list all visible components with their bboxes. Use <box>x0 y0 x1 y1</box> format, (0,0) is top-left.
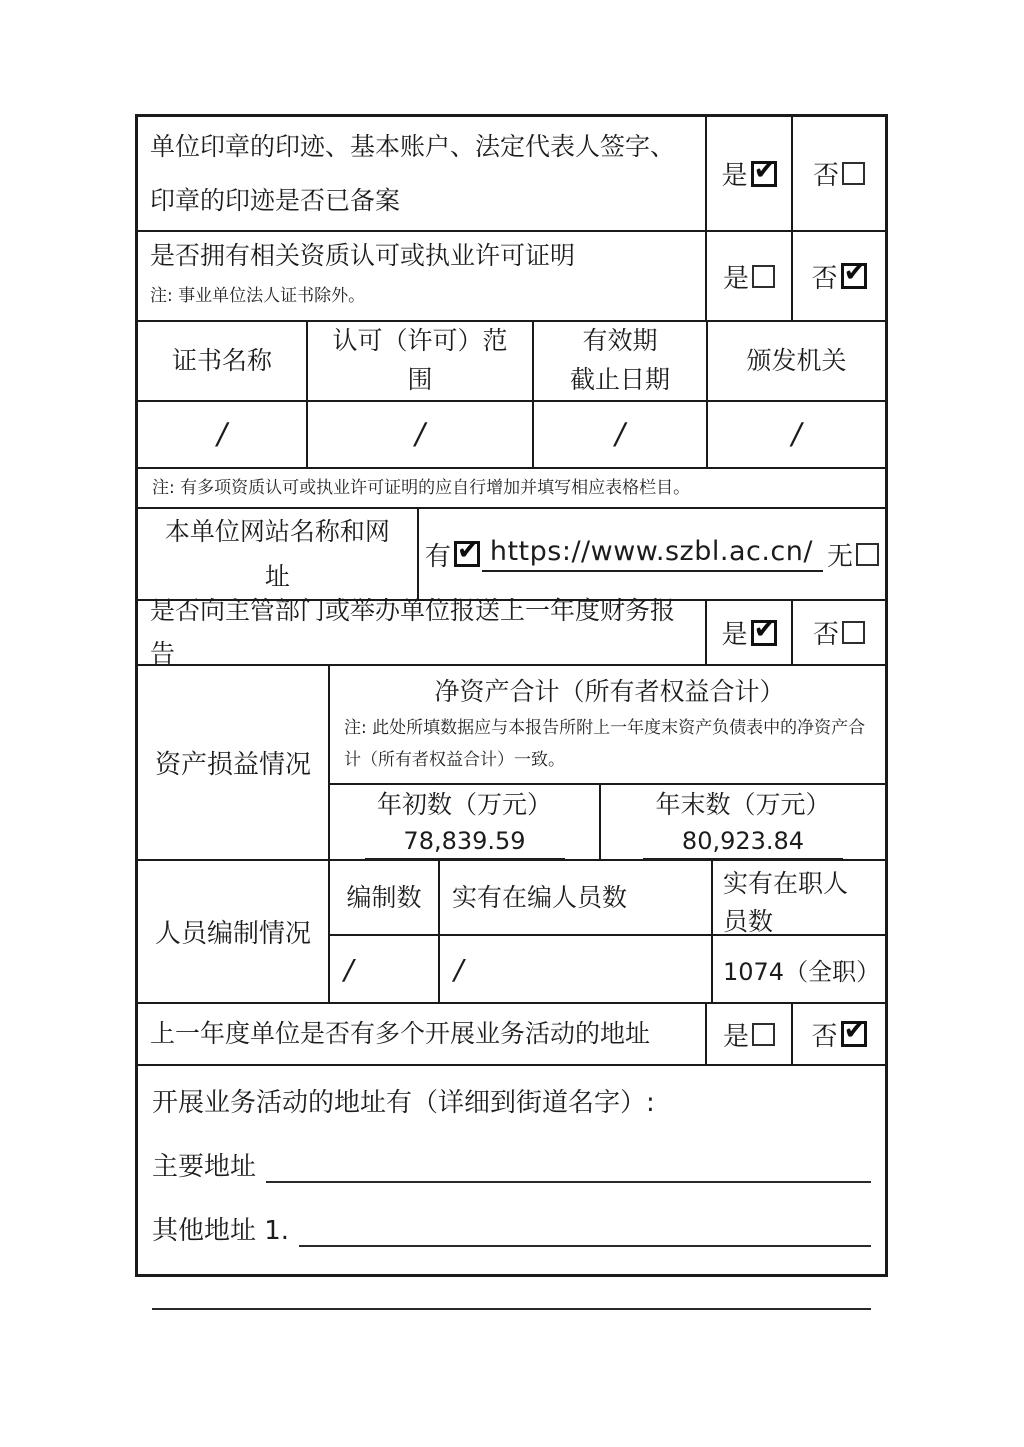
assets-top: 净资产合计（所有者权益合计） 注: 此处所填数据应与本报告所附上一年度末资产负债… <box>330 666 885 785</box>
no-label: 否 <box>811 258 837 295</box>
assets-values: 年初数（万元） 78,839.59 年末数（万元） 80,923.84 <box>330 785 885 860</box>
staffing-header-employed: 实有在职人 员数 <box>713 861 885 934</box>
yes-label: 是 <box>721 155 747 192</box>
scanned-form-page: 单位印章的印迹、基本账户、法定代表人签字、印章的印迹是否已备案 是 否 是否拥有… <box>0 0 1024 1447</box>
multi-address-yes-checkbox[interactable] <box>752 1023 775 1046</box>
finance-report-yes-cell: 是 <box>707 601 793 664</box>
other-address-label: 其他地址 1. <box>152 1210 299 1247</box>
cert-header-issuer: 颁发机关 <box>708 322 885 400</box>
yes-label: 是 <box>723 258 749 295</box>
finance-report-no-checkbox[interactable] <box>842 621 865 644</box>
license-yes-checkbox[interactable] <box>752 265 775 288</box>
assets-start-value[interactable]: 78,839.59 <box>365 827 565 860</box>
row-seal-filing: 单位印章的印迹、基本账户、法定代表人签字、印章的印迹是否已备案 是 否 <box>138 117 885 230</box>
website-value-cell: 有 https://www.szbl.ac.cn/ 无 <box>419 509 885 599</box>
multi-address-no-checkbox-checked[interactable] <box>841 1021 867 1047</box>
finance-report-question: 是否向主管部门或举办单位报送上一年度财务报告 <box>138 601 707 664</box>
yes-label: 是 <box>721 614 747 651</box>
row-multi-address: 上一年度单位是否有多个开展业务活动的地址 是 否 <box>138 1002 885 1064</box>
no-label: 否 <box>813 614 839 651</box>
multi-address-question: 上一年度单位是否有多个开展业务活动的地址 <box>138 1004 707 1064</box>
seal-filing-no-checkbox[interactable] <box>842 162 865 185</box>
license-yes-cell: 是 <box>707 232 793 320</box>
addresses-cell: 开展业务活动的地址有（详细到街道名字）: 主要地址 其他地址 1. <box>138 1066 885 1274</box>
row-certificate-headers: 证书名称 认可（许可）范 围 有效期 截止日期 颁发机关 <box>138 320 885 400</box>
website-none-checkbox[interactable] <box>856 543 879 566</box>
row-license-proof: 是否拥有相关资质认可或执业许可证明 注: 事业单位法人证书除外。 是 否 <box>138 230 885 320</box>
assets-start-col: 年初数（万元） 78,839.59 <box>330 785 601 860</box>
finance-report-yes-checkbox-checked[interactable] <box>751 620 777 646</box>
assets-start-label: 年初数（万元） <box>377 785 552 821</box>
row-website: 本单位网站名称和网 址 有 https://www.szbl.ac.cn/ 无 <box>138 507 885 599</box>
staffing-value-on-roster: / <box>440 936 713 1002</box>
website-label: 本单位网站名称和网 址 <box>138 509 419 599</box>
cert-value-issuer: / <box>708 402 885 467</box>
row-certificate-values: / / / / <box>138 400 885 467</box>
cert-value-expiry: / <box>534 402 708 467</box>
row-certificate-note: 注: 有多项资质认可或执业许可证明的应自行增加并填写相应表格栏目。 <box>138 467 885 507</box>
staffing-headers: 编制数 实有在编人员数 实有在职人 员数 <box>330 861 885 936</box>
row-assets: 资产损益情况 净资产合计（所有者权益合计） 注: 此处所填数据应与本报告所附上一… <box>138 664 885 859</box>
no-label: 否 <box>813 155 839 192</box>
other-address-line: 其他地址 1. <box>152 1210 871 1247</box>
no-label: 否 <box>811 1016 837 1053</box>
row-finance-report: 是否向主管部门或举办单位报送上一年度财务报告 是 否 <box>138 599 885 664</box>
staffing-values: / / 1074（全职） <box>330 936 885 1002</box>
primary-address-line: 主要地址 <box>152 1146 871 1183</box>
license-question-cell: 是否拥有相关资质认可或执业许可证明 注: 事业单位法人证书除外。 <box>138 232 707 320</box>
website-url: https://www.szbl.ac.cn/ <box>482 536 823 572</box>
cert-value-scope: / <box>308 402 534 467</box>
seal-filing-question: 单位印章的印迹、基本账户、法定代表人签字、印章的印迹是否已备案 <box>138 117 707 230</box>
seal-filing-yes-cell: 是 <box>707 117 793 230</box>
staffing-header-authorized: 编制数 <box>330 861 440 934</box>
seal-filing-yes-checkbox-checked[interactable] <box>751 161 777 187</box>
yes-label: 是 <box>723 1016 749 1053</box>
license-no-checkbox-checked[interactable] <box>841 263 867 289</box>
row-staffing: 人员编制情况 编制数 实有在编人员数 实有在职人 员数 / / 1074（全职） <box>138 859 885 1002</box>
assets-title: 净资产合计（所有者权益合计） <box>344 670 875 712</box>
none-label: 无 <box>827 536 853 573</box>
annual-report-form-table: 单位印章的印迹、基本账户、法定代表人签字、印章的印迹是否已备案 是 否 是否拥有… <box>135 114 888 1277</box>
staffing-value-authorized: / <box>330 936 440 1002</box>
extra-address-line <box>152 1280 871 1310</box>
assets-end-label: 年末数（万元） <box>655 785 830 821</box>
seal-filing-no-cell: 否 <box>793 117 885 230</box>
staffing-header-on-roster: 实有在编人员数 <box>440 861 713 934</box>
cert-header-name: 证书名称 <box>138 322 308 400</box>
license-no-cell: 否 <box>793 232 885 320</box>
assets-end-col: 年末数（万元） 80,923.84 <box>601 785 885 860</box>
cert-value-name: / <box>138 402 308 467</box>
assets-label: 资产损益情况 <box>138 666 330 859</box>
staffing-content: 编制数 实有在编人员数 实有在职人 员数 / / 1074（全职） <box>330 861 885 1002</box>
primary-address-label: 主要地址 <box>152 1146 266 1183</box>
has-label: 有 <box>425 536 451 573</box>
extra-address-field[interactable] <box>152 1280 871 1310</box>
other-address-field[interactable] <box>299 1217 871 1247</box>
cert-header-scope: 认可（许可）范 围 <box>308 322 534 400</box>
row-addresses: 开展业务活动的地址有（详细到街道名字）: 主要地址 其他地址 1. <box>138 1064 885 1274</box>
primary-address-field[interactable] <box>266 1153 871 1183</box>
license-question: 是否拥有相关资质认可或执业许可证明 <box>150 240 693 273</box>
assets-end-value[interactable]: 80,923.84 <box>643 827 843 860</box>
finance-report-no-cell: 否 <box>793 601 885 664</box>
multi-address-no-cell: 否 <box>793 1004 885 1064</box>
cert-header-expiry: 有效期 截止日期 <box>534 322 708 400</box>
staffing-label: 人员编制情况 <box>138 861 330 1002</box>
multi-address-yes-cell: 是 <box>707 1004 793 1064</box>
assets-content: 净资产合计（所有者权益合计） 注: 此处所填数据应与本报告所附上一年度末资产负债… <box>330 666 885 859</box>
certificate-note: 注: 有多项资质认可或执业许可证明的应自行增加并填写相应表格栏目。 <box>138 469 885 507</box>
website-has-checkbox-checked[interactable] <box>454 541 480 567</box>
license-note: 注: 事业单位法人证书除外。 <box>150 280 693 312</box>
addresses-title: 开展业务活动的地址有（详细到街道名字）: <box>152 1082 871 1119</box>
staffing-value-employed: 1074（全职） <box>713 936 885 1002</box>
assets-note: 注: 此处所填数据应与本报告所附上一年度末资产负债表中的净资产合计（所有者权益合… <box>344 712 875 777</box>
